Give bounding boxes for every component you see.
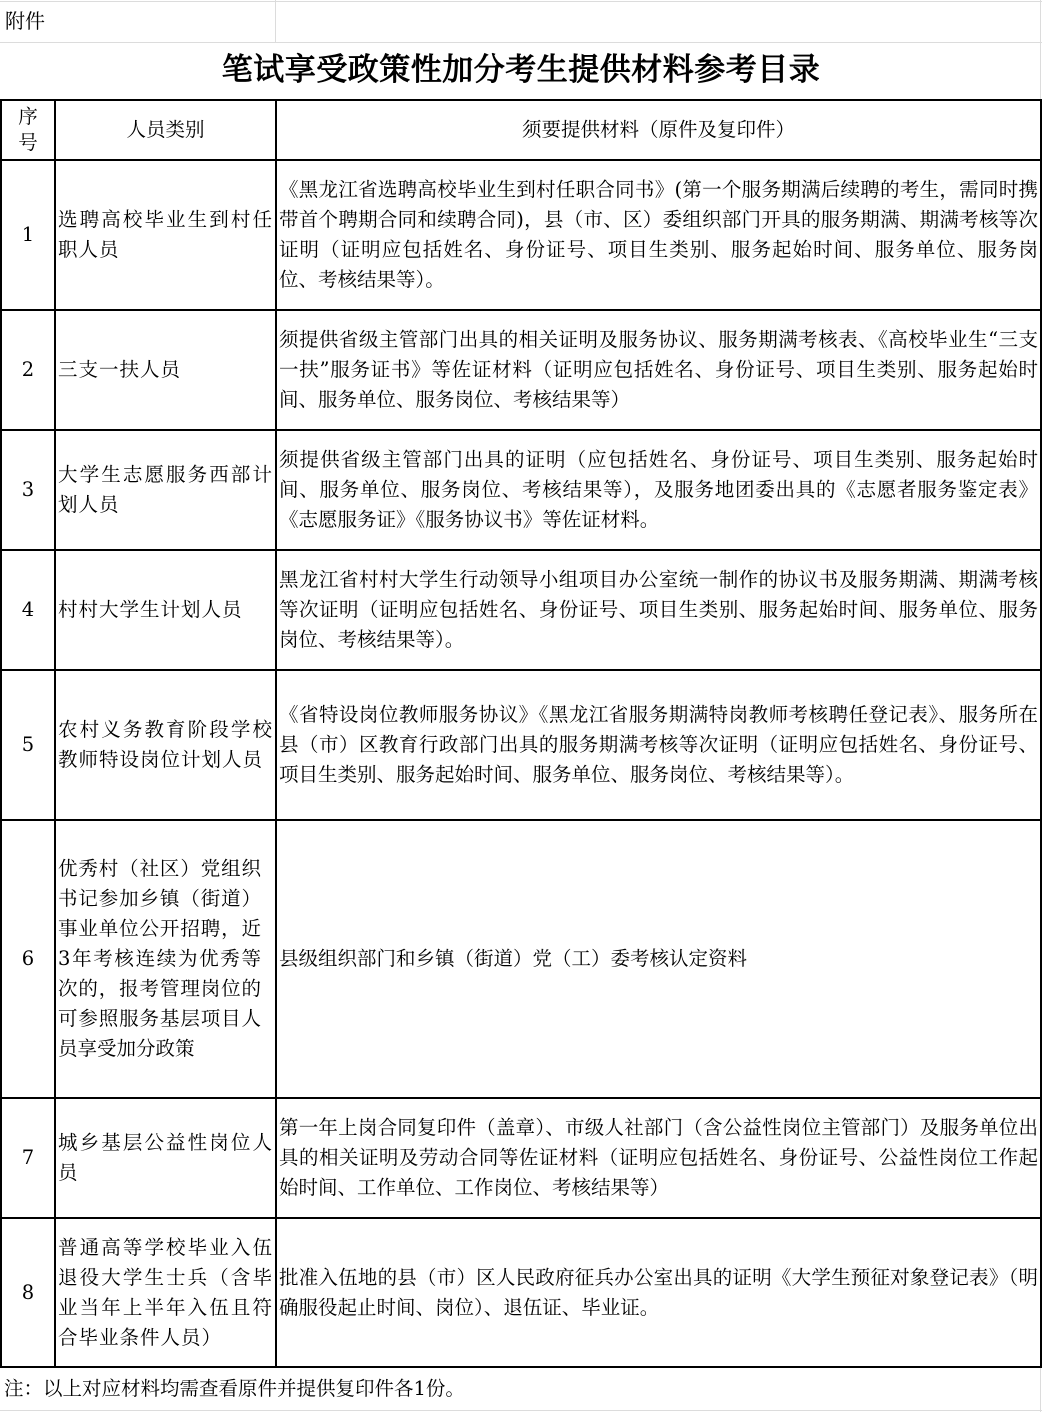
table-row: 7 城乡基层公益性岗位人员 第一年上岗合同复印件（盖章）、市级人社部门（含公益性… <box>1 1098 1041 1218</box>
row-seq: 8 <box>1 1218 55 1367</box>
gridline <box>275 0 276 42</box>
table-row: 2 三支一扶人员 须提供省级主管部门出具的相关证明及服务协议、服务期满考核表、《… <box>1 310 1041 430</box>
row-category: 农村义务教育阶段学校教师特设岗位计划人员 <box>55 670 276 820</box>
row-category: 村村大学生计划人员 <box>55 550 276 670</box>
row-seq: 1 <box>1 160 55 310</box>
table-row: 1 选聘高校毕业生到村任职人员 《黑龙江省选聘高校毕业生到村任职合同书》(第一个… <box>1 160 1041 310</box>
row-category: 三支一扶人员 <box>55 310 276 430</box>
row-materials: 须提供省级主管部门出具的相关证明及服务协议、服务期满考核表、《高校毕业生“三支一… <box>276 310 1041 430</box>
row-seq: 2 <box>1 310 55 430</box>
row-materials: 《省特设岗位教师服务协议》《黑龙江省服务期满特岗教师考核聘任登记表》、服务所在县… <box>276 670 1041 820</box>
row-category: 城乡基层公益性岗位人员 <box>55 1098 276 1218</box>
footer-note: 注：以上对应材料均需查看原件并提供复印件各1份。 <box>4 1376 465 1402</box>
row-materials: 县级组织部门和乡镇（街道）党（工）委考核认定资料 <box>276 820 1041 1098</box>
header-seq-label: 序号 <box>18 105 38 154</box>
document-title: 笔试享受政策性加分考生提供材料参考目录 <box>0 42 1042 99</box>
header-category: 人员类别 <box>55 100 276 160</box>
table-header-row: 序号 人员类别 须要提供材料（原件及复印件） <box>1 100 1041 160</box>
row-materials: 第一年上岗合同复印件（盖章）、市级人社部门（含公益性岗位主管部门）及服务单位出具… <box>276 1098 1041 1218</box>
row-seq: 4 <box>1 550 55 670</box>
table-row: 3 大学生志愿服务西部计划人员 须提供省级主管部门出具的证明（应包括姓名、身份证… <box>1 430 1041 550</box>
gridline <box>0 1410 1042 1411</box>
row-seq: 6 <box>1 820 55 1098</box>
row-seq: 3 <box>1 430 55 550</box>
row-category: 普通高等学校毕业入伍退役大学生士兵（含毕业当年上半年入伍且符合毕业条件人员） <box>55 1218 276 1367</box>
table-row: 5 农村义务教育阶段学校教师特设岗位计划人员 《省特设岗位教师服务协议》《黑龙江… <box>1 670 1041 820</box>
row-category: 大学生志愿服务西部计划人员 <box>55 430 276 550</box>
row-category: 选聘高校毕业生到村任职人员 <box>55 160 276 310</box>
table-row: 6 优秀村（社区）党组织书记参加乡镇（街道）事业单位公开招聘，近3年考核连续为优… <box>1 820 1041 1098</box>
header-seq: 序号 <box>1 100 55 160</box>
row-materials: 批准入伍地的县（市）区人民政府征兵办公室出具的证明《大学生预征对象登记表》（明确… <box>276 1218 1041 1367</box>
table-row: 8 普通高等学校毕业入伍退役大学生士兵（含毕业当年上半年入伍且符合毕业条件人员）… <box>1 1218 1041 1367</box>
table-row: 4 村村大学生计划人员 黑龙江省村村大学生行动领导小组项目办公室统一制作的协议书… <box>1 550 1041 670</box>
row-category: 优秀村（社区）党组织书记参加乡镇（街道）事业单位公开招聘，近3年考核连续为优秀等… <box>55 820 276 1098</box>
row-materials: 黑龙江省村村大学生行动领导小组项目办公室统一制作的协议书及服务期满、期满考核等次… <box>276 550 1041 670</box>
row-materials: 《黑龙江省选聘高校毕业生到村任职合同书》(第一个服务期满后续聘的考生，需同时携带… <box>276 160 1041 310</box>
materials-table: 序号 人员类别 须要提供材料（原件及复印件） 1 选聘高校毕业生到村任职人员 《… <box>0 99 1042 1368</box>
header-materials: 须要提供材料（原件及复印件） <box>276 100 1041 160</box>
gridline <box>0 1 1042 2</box>
attachment-label: 附件 <box>5 8 45 34</box>
row-seq: 7 <box>1 1098 55 1218</box>
row-seq: 5 <box>1 670 55 820</box>
row-materials: 须提供省级主管部门出具的证明（应包括姓名、身份证号、项目生类别、服务起始时间、服… <box>276 430 1041 550</box>
